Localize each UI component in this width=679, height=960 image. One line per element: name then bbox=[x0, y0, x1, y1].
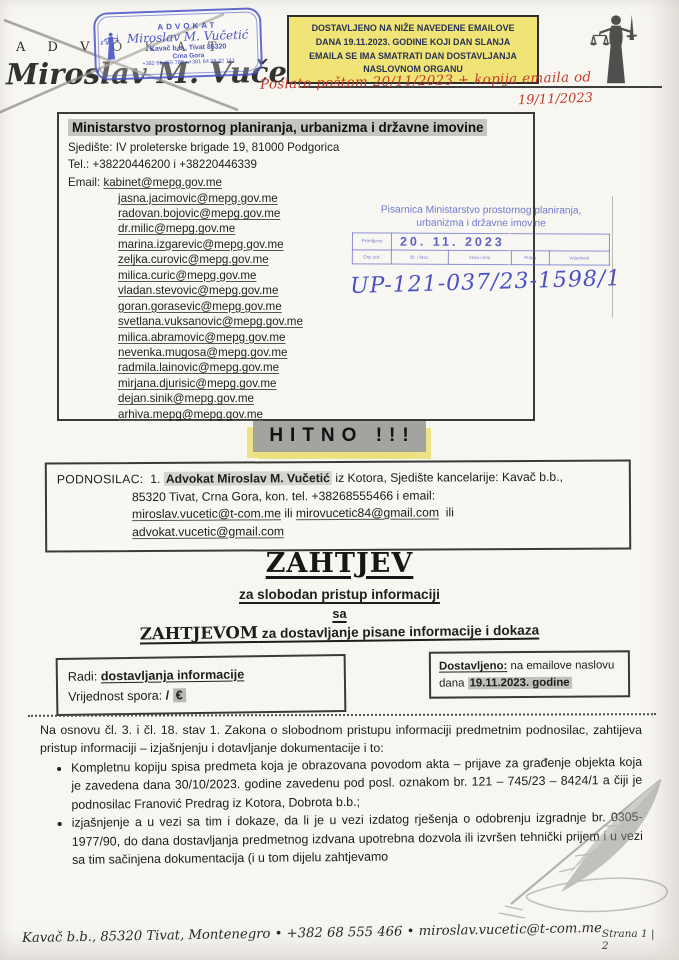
stamp-name: Miroslav M. Vučetić bbox=[122, 28, 254, 46]
ministry-title: Ministarstvo prostornog planiranja, urba… bbox=[68, 119, 487, 136]
document-title: ZAHTJEV bbox=[0, 548, 679, 579]
receipt-column: Org. jed. bbox=[352, 250, 391, 264]
applicant-label: PODNOSILAC: bbox=[57, 472, 144, 486]
stamp-address: Kavač b.b., Tivat 85320 bbox=[122, 42, 254, 55]
receipt-received-label: Primljeno bbox=[352, 233, 391, 250]
legal-basis-paragraph: Na osnovu čl. 3. i čl. 18. stav 1. Zakon… bbox=[40, 721, 642, 758]
subtitle-serif-part: ZAHTJEVOM bbox=[140, 623, 258, 643]
email-link: svetlana.vuksanovic@mepg.gov.me bbox=[118, 314, 525, 329]
email-link: advokat.vucetic@gmail.com bbox=[132, 524, 284, 539]
quill-watermark-icon bbox=[471, 776, 679, 928]
email-link: kabinet@mepg.gov.me bbox=[103, 176, 222, 189]
receipt-column: Vrijednost bbox=[549, 251, 609, 265]
footer-contact: Kavač b.b., 85320 Tivat, Montenegro • +3… bbox=[22, 921, 602, 946]
page-footer: Kavač b.b., 85320 Tivat, Montenegro • +3… bbox=[22, 922, 664, 952]
lady-justice-icon bbox=[588, 13, 644, 85]
applicant-box: PODNOSILAC: 1. Advokat Miroslav M. Vučet… bbox=[45, 459, 631, 552]
delivery-note-line: DANA 19.11.2023. GODINE KOJI DAN SLANJA bbox=[293, 36, 533, 50]
email-link: dejan.sinik@mepg.gov.me bbox=[118, 391, 525, 406]
delivered-label: Dostavljeno: bbox=[439, 660, 507, 672]
dispute-value-slash: / bbox=[166, 688, 173, 702]
email-label: Email: bbox=[68, 176, 103, 189]
scanned-document-page: A D V O K A T Miroslav M. Vučetić ADVOKA… bbox=[0, 0, 679, 960]
applicant-name: Advokat Miroslav M. Vučetić bbox=[164, 471, 332, 486]
delivered-date-prefix: dana bbox=[439, 677, 468, 689]
email-link: mirovucetic84@gmail.com bbox=[296, 505, 439, 520]
purpose-label: Radi: bbox=[68, 669, 101, 683]
delivered-text: na emailove naslovu bbox=[507, 659, 614, 672]
email-link: milica.abramovic@mepg.gov.me bbox=[118, 330, 525, 345]
separator-text: ili bbox=[284, 506, 292, 520]
receipt-stamp-title: urbanizma i državne imovine bbox=[336, 216, 626, 231]
stamp-country: Crna Gora bbox=[122, 50, 254, 62]
delivery-note-line: DOSTAVLJENO NA NIŽE NAVEDENE EMAILOVE bbox=[293, 22, 533, 36]
subtitle-sans-part: za dostavljanje pisane informacije i dok… bbox=[258, 623, 539, 641]
justice-figure-icon bbox=[95, 23, 123, 70]
stamp-role: ADVOKAT bbox=[121, 19, 253, 33]
purpose-value: dostavljanja informacije bbox=[101, 667, 245, 683]
receipt-column: Veza i broj bbox=[448, 250, 511, 264]
receipt-column: Prilog bbox=[511, 251, 549, 265]
email-link: goran.gorasevic@mepg.gov.me bbox=[118, 299, 525, 314]
dispute-value-currency: € bbox=[173, 688, 186, 702]
email-link: mirjana.djurisic@mepg.gov.me bbox=[118, 376, 525, 391]
dispute-value-label: Vrijednost spora: bbox=[68, 688, 166, 703]
urgent-banner: HITNO !!! bbox=[253, 421, 425, 452]
delivered-box: Dostavljeno: na emailove naslovu dana 19… bbox=[429, 650, 630, 698]
document-subtitle-2: ZAHTJEVOM za dostavljanje pisane informa… bbox=[0, 618, 679, 646]
scan-crease-line bbox=[612, 196, 613, 318]
ministry-address: Sjedište: IV proleterske brigade 19, 810… bbox=[68, 140, 525, 155]
document-subtitle: za slobodan pristup informaciji bbox=[0, 587, 679, 602]
email-link: miroslav.vucetic@t-com.me bbox=[132, 506, 281, 521]
email-link: nevenka.mugosa@mepg.gov.me bbox=[118, 345, 525, 360]
email-link: arhiva.mepg@mepg.gov.me bbox=[118, 407, 525, 422]
ministry-phone: Tel.: +38220446200 i +38220446339 bbox=[68, 157, 525, 172]
receipt-date: 20. 11. 2023 bbox=[391, 233, 609, 251]
applicant-details: iz Kotora, Sjedište kancelarije: Kavač b… bbox=[335, 470, 563, 485]
registry-receipt-stamp: Pisarnica Ministarstvo prostornog planir… bbox=[336, 203, 626, 266]
receipt-column: Br. i fasc. bbox=[391, 250, 448, 264]
recipient-ministry-box: Ministarstvo prostornog planiranja, urba… bbox=[57, 112, 535, 421]
footer-page-number: Strana 1 | 2 bbox=[602, 922, 664, 952]
dotted-separator bbox=[28, 713, 656, 717]
delivery-note-line: EMAILA SE IMA SMATRATI DAN DOSTAVLJANJA bbox=[293, 50, 533, 64]
separator-text: ili bbox=[446, 505, 454, 519]
applicant-number: 1. bbox=[150, 472, 160, 486]
receipt-stamp-table: Primljeno 20. 11. 2023 Org. jed. Br. i f… bbox=[352, 232, 610, 265]
stamp-phones: +382 69 455 788 • +381 64 28 22 141 bbox=[123, 57, 255, 68]
delivered-date: 19.11.2023. godine bbox=[468, 676, 572, 689]
advokat-ink-stamp: ADVOKAT Miroslav M. Vučetić Kavač b.b., … bbox=[93, 7, 263, 81]
urgent-banner-row: HITNO !!! bbox=[0, 421, 679, 452]
email-link: radmila.lainovic@mepg.gov.me bbox=[118, 360, 525, 375]
purpose-box: Radi: dostavljanja informacije Vrijednos… bbox=[56, 654, 347, 716]
handwritten-red-date: 19/11/2023 bbox=[518, 91, 593, 109]
